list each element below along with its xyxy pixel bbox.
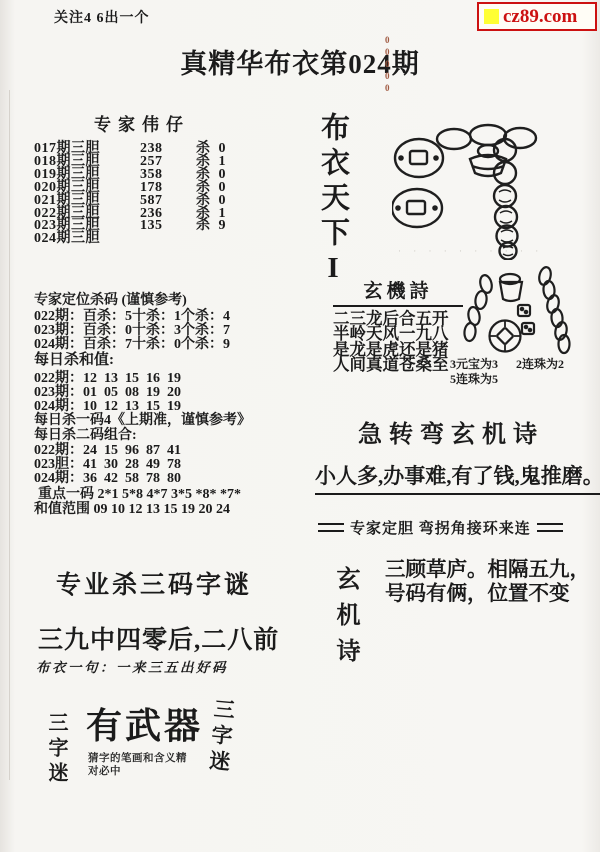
dan-row: 024期三胆: [34, 233, 260, 246]
square-hole-coin-icon: [490, 321, 521, 352]
kill-position-row: 023期：百杀：0十杀：3个杀：7: [34, 324, 230, 338]
dan-value: 135: [140, 220, 196, 233]
lottery-tip-sheet: 关注4 6出一个 cz89.com 真精华布衣第024期 0 0 0 0 0 专…: [0, 0, 600, 852]
xuanji-poem-block: 玄機詩 二三龙后合五开 半岭天风一九八 是龙是虎还是猪 人间真道苍桑至: [333, 276, 463, 373]
title-mark: 0: [385, 72, 390, 81]
divider-bar: [318, 523, 344, 532]
title-mark: 0: [385, 60, 390, 69]
kill-position-title: 专家定位杀码 (谨慎参考): [34, 294, 187, 308]
kill-position-row: 024期：百杀：7十杀：0个杀：9: [34, 338, 230, 352]
left-chain-icon: [464, 274, 494, 342]
title-mark: 0: [385, 48, 390, 57]
title-side-marks: 0 0 0 0 0: [385, 36, 390, 93]
three-char-answer: 有武器: [86, 698, 203, 749]
ingot-icon: [500, 274, 522, 301]
dan-issue: 024期三胆: [34, 233, 140, 246]
chain-drawing: [448, 266, 594, 356]
riddle-line: 三九中四零后,二八前: [38, 620, 279, 656]
title-mark: 0: [385, 36, 390, 45]
square-hole-coin-icon: [392, 189, 442, 227]
logo-text: cz89.com: [503, 7, 577, 26]
dan-kill: [196, 233, 260, 246]
three-char-label-right: 三字迷: [203, 697, 240, 777]
page-title: 真精华布衣第024期: [0, 42, 600, 81]
xuanji-line: 人间真道苍桑至: [333, 357, 463, 372]
three-char-note-line: 对必中: [88, 765, 187, 778]
daily-kill-two-row: 024期：36 42 58 78 80: [34, 472, 181, 486]
riddle-title: 专业杀三码字谜: [56, 565, 252, 601]
sharp-turn-line: 小人多,办事难,有了钱,鬼推磨。: [315, 460, 600, 495]
sum-range-line: 和值范围 09 10 12 13 15 19 20 24: [34, 503, 230, 517]
faint-scan-marks: · · · · · · · · · ·: [398, 246, 543, 256]
dice-icon: [518, 305, 530, 316]
sharp-turn-footer-text: 专家定胆 弯拐角接环来连: [350, 517, 531, 538]
oval-coin-icon: [504, 128, 536, 148]
oval-coin-icon: [437, 129, 471, 149]
daily-kill-sum-row: 024期：10 12 13 15 19: [34, 400, 181, 414]
bottom-xuanji-line: 三顾草庐。相隔五九，: [385, 558, 590, 582]
sharp-turn-title: 急转弯玄机诗: [310, 414, 592, 449]
expert-header: 专家伟仔: [94, 109, 190, 135]
bottom-xuanji-label: 玄机诗: [328, 566, 363, 674]
divider-bar: [537, 523, 563, 532]
bottom-xuanji-line: 号码有俩，位置不变: [385, 582, 590, 606]
kill-position-row: 022期：百杀：5十杀：1个杀：4: [34, 310, 230, 324]
oval-coin-icon: [470, 125, 506, 145]
caption-pearls-2: 2连珠为2: [516, 355, 564, 372]
daily-kill-sum-row: 023期：01 05 08 19 20: [34, 386, 181, 400]
dan-value: [140, 233, 196, 246]
dice-icon: [522, 323, 534, 334]
three-char-note: 猜字的笔画和含义精 对必中: [88, 752, 187, 778]
daily-kill-one-line: 每日杀一码4《上期准，谨慎参考》: [34, 414, 251, 428]
coin-arrangement-drawing: [392, 118, 584, 260]
three-char-label-left: 三字迷: [42, 712, 71, 787]
bottom-xuanji-lines: 三顾草庐。相隔五九， 号码有俩，位置不变: [385, 558, 590, 606]
buyi-sentence: 布衣一句：一来三五出好码: [36, 656, 228, 676]
daily-kill-sum-title: 每日杀和值:: [34, 354, 114, 368]
top-left-note: 关注4 6出一个: [54, 7, 150, 27]
three-char-note-line: 猜字的笔画和含义精: [88, 752, 187, 765]
right-chain-icon: [537, 266, 569, 353]
daily-kill-two-row: 022期：24 15 96 87 41: [34, 444, 181, 458]
square-hole-coin-icon: [395, 139, 443, 177]
daily-kill-two-row: 023胆：41 30 28 49 78: [34, 458, 181, 472]
coin-column-icon: [494, 139, 518, 260]
xuanji-title: 玄機詩: [333, 276, 463, 307]
dan-kill: 杀 9: [196, 220, 260, 233]
caption-pearls-5: 5连珠为5: [450, 370, 498, 387]
scan-edge-line: [9, 90, 10, 780]
logo-square-icon: [484, 9, 499, 24]
site-logo[interactable]: cz89.com: [477, 2, 597, 31]
sharp-turn-footer: 专家定胆 弯拐角接环来连: [318, 517, 588, 538]
daily-kill-sum-row: 022期：12 13 15 16 19: [34, 372, 181, 386]
daily-kill-two-title: 每日杀二码组合:: [34, 429, 137, 443]
title-mark: 0: [385, 84, 390, 93]
buyi-tianxia-label: 布衣天下I: [318, 112, 347, 290]
dan-history-list: 017期三胆 238 杀 0 018期三胆 257 杀 1 019期三胆 358…: [34, 143, 260, 246]
key-one-line: 重点一码 2*1 5*8 4*7 3*5 *8* *7*: [38, 488, 241, 502]
